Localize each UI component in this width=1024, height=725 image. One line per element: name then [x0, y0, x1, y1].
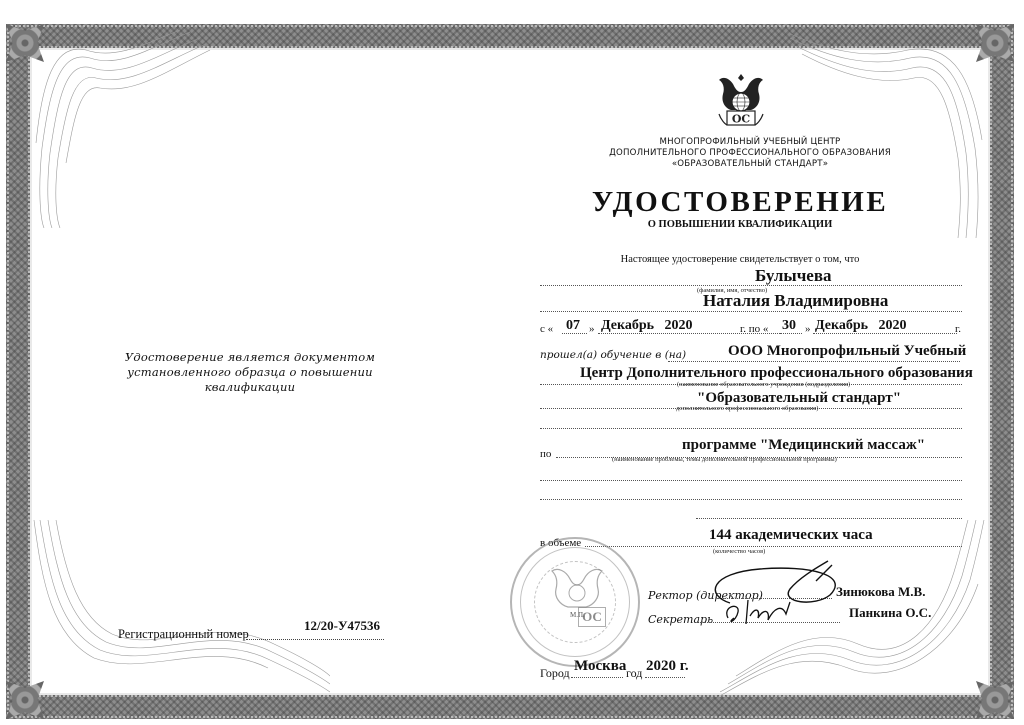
organization-line1: МНОГОПРОФИЛЬНЫЙ УЧЕБНЫЙ ЦЕНТР — [590, 137, 910, 148]
registration-number-field: Регистрационный номер 12/20-У47536 — [118, 618, 384, 646]
volume-value: 144 академических часа — [709, 527, 873, 544]
official-stamp: М.П. ОС — [510, 537, 640, 667]
certificate-title: УДОСТОВЕРЕНИЕ — [580, 186, 900, 219]
period-from-prefix: с « — [540, 323, 553, 335]
period-from-month-year: Декабрь 2020 — [601, 318, 693, 334]
legal-note: Удостоверение является документом устано… — [100, 350, 400, 395]
registration-number-value: 12/20-У47536 — [304, 618, 380, 634]
holder-surname: Булычева — [755, 266, 832, 286]
city-line — [571, 677, 623, 678]
surname-line — [540, 285, 962, 286]
certificate-subtitle: О ПОВЫШЕНИИ КВАЛИФИКАЦИИ — [580, 219, 900, 230]
blank-line — [540, 499, 962, 500]
volume-hint: (количество часов) — [713, 548, 765, 555]
secretary-name: Панкина О.С. — [849, 605, 931, 621]
institution-hint1: (наименование образовательного учреждени… — [677, 381, 850, 388]
year-label: год — [626, 666, 642, 681]
stamp-letters: ОС — [578, 607, 606, 627]
double-headed-eagle-emblem-icon: ОС — [713, 70, 769, 130]
program-hint: (наименование проблемы, темы дополнитель… — [612, 456, 837, 463]
secretary-label: Секретарь — [648, 613, 713, 626]
city-value: Москва — [574, 658, 626, 675]
period-to-quote: » — [805, 323, 811, 335]
given-names-line — [540, 311, 962, 312]
registration-number-line — [246, 639, 384, 640]
period-to-day: 30 — [782, 318, 796, 334]
period-from-day: 07 — [566, 318, 580, 334]
year-line — [645, 677, 685, 678]
program-value: программе "Медицинский массаж" — [682, 437, 925, 454]
holder-given-names: Наталия Владимировна — [703, 291, 888, 311]
stamp-mark: М.П. — [570, 611, 585, 619]
institution-hint2: дополнительного профессионального образо… — [676, 405, 818, 412]
institution-label: прошел(а) обучение в (на) — [540, 349, 686, 361]
organization-line3: «ОБРАЗОВАТЕЛЬНЫЙ СТАНДАРТ» — [590, 159, 910, 170]
blank-line — [540, 480, 962, 481]
institution-line2: Центр Дополнительного профессионального … — [580, 365, 973, 382]
year-value: 2020 г. — [646, 658, 689, 675]
volume-line — [585, 546, 962, 547]
emblem-letters: ОС — [732, 113, 751, 126]
period-suffix: г. — [955, 323, 961, 335]
period-to-month-year: Декабрь 2020 — [815, 318, 907, 334]
period-to-prefix: г. по « — [740, 323, 768, 335]
rector-name: Зинюкова М.В. — [836, 584, 925, 600]
organization-line2: ДОПОЛНИТЕЛЬНОГО ПРОФЕССИОНАЛЬНОГО ОБРАЗО… — [590, 148, 910, 159]
city-label: Город — [540, 666, 570, 681]
blank-line — [540, 428, 962, 429]
institution-line1-rule — [668, 361, 960, 362]
period-from-quote: » — [589, 323, 595, 335]
legal-note-line2: установленного образца о повышении квали… — [100, 365, 400, 395]
registration-number-label: Регистрационный номер — [118, 627, 249, 642]
stamp-eagle-icon — [548, 565, 606, 609]
blank-line — [696, 518, 962, 519]
organization-name: МНОГОПРОФИЛЬНЫЙ УЧЕБНЫЙ ЦЕНТР ДОПОЛНИТЕЛ… — [590, 137, 910, 170]
secretary-signature-icon — [720, 596, 810, 628]
certificate-intro: Настоящее удостоверение свидетельствует … — [580, 254, 900, 265]
institution-line1: ООО Многопрофильный Учебный — [728, 343, 966, 360]
legal-note-line1: Удостоверение является документом — [100, 350, 400, 365]
program-label: по — [540, 448, 551, 460]
